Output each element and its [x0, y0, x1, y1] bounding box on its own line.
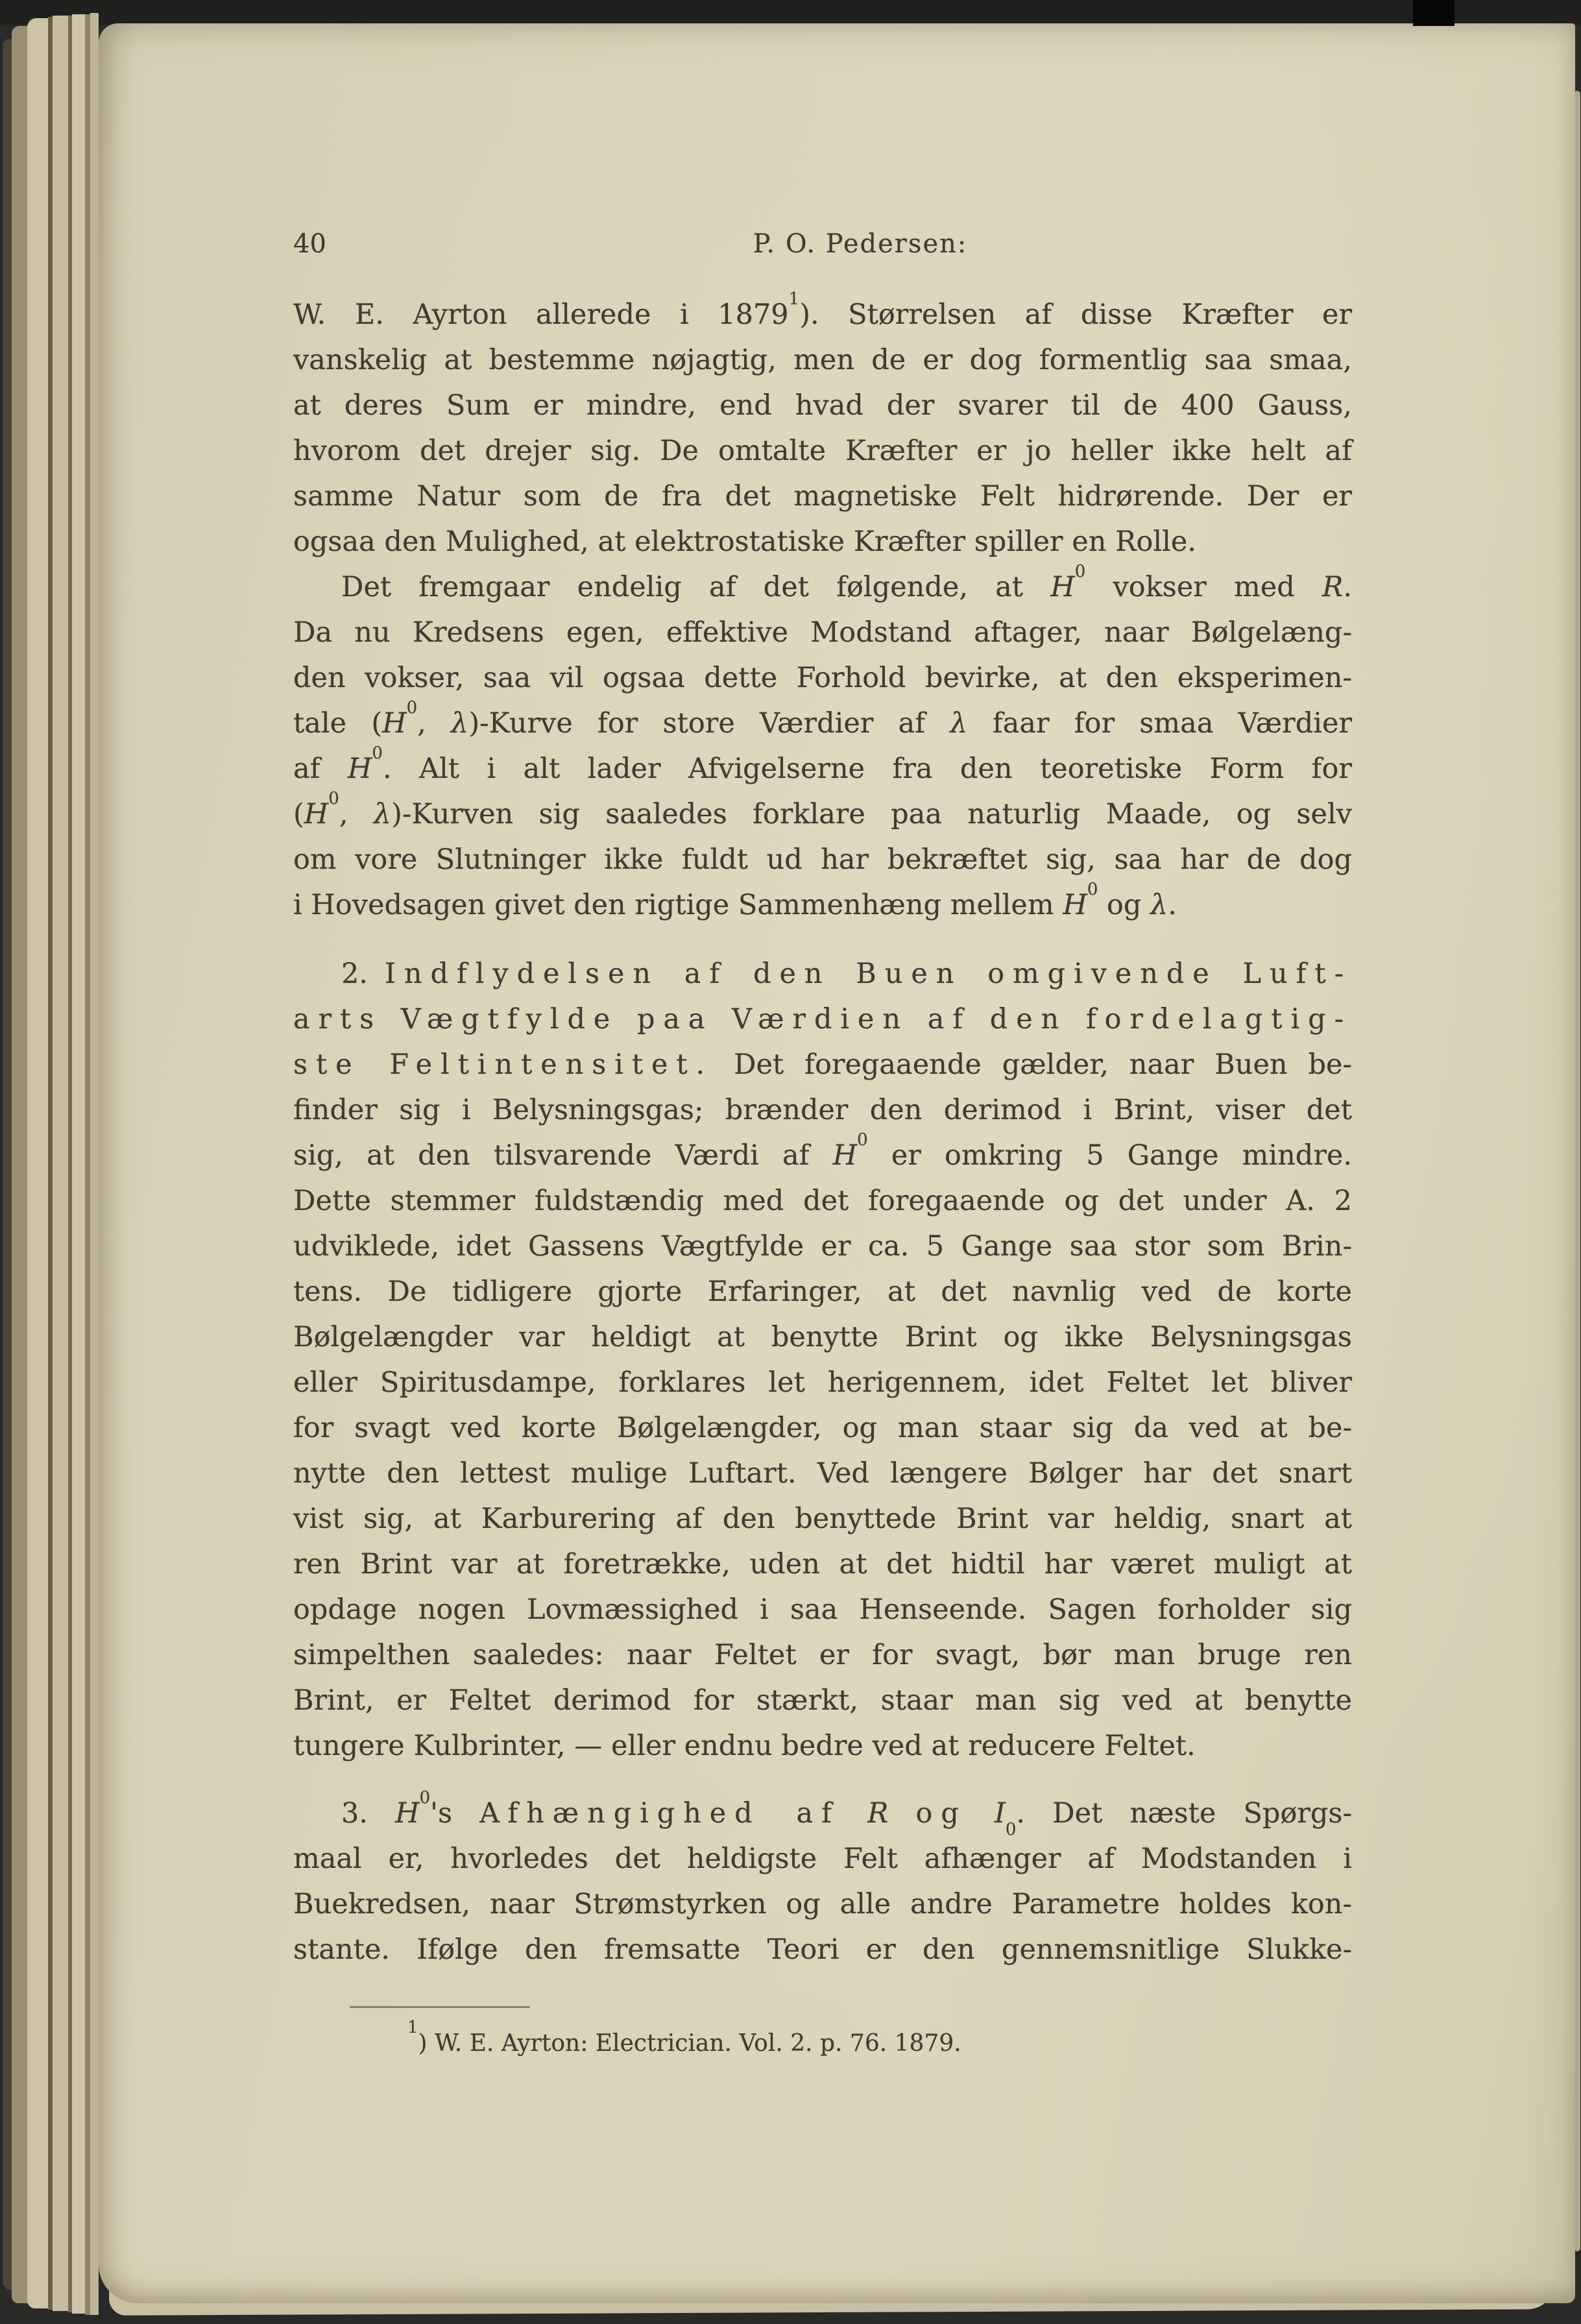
text-line: Buekredsen, naar Strømstyrken og alle an… — [293, 1882, 1352, 1927]
page-edge-strip — [48, 17, 53, 2310]
text-line: tungere Kulbrinter, — eller endnu bedre … — [293, 1723, 1352, 1769]
text-line: W. E. Ayrton allerede i 18791). Størrels… — [293, 292, 1352, 337]
text-line: den vokser, saa vil ogsaa dette Forhold … — [293, 655, 1352, 701]
page-edge-strip — [27, 18, 48, 2308]
text-line: i Hovedsagen givet den rigtige Sammenhæn… — [293, 882, 1352, 928]
footnote-rule — [350, 2006, 530, 2008]
text-line: Det fremgaar endelig af det følgende, at… — [293, 564, 1352, 610]
para-2: Det fremgaar endelig af det følgende, at… — [293, 564, 1352, 928]
text-line: Brint, er Feltet derimod for stærkt, sta… — [293, 1678, 1352, 1723]
running-title: P. O. Pedersen: — [331, 230, 1390, 258]
text-line: arts Vægtfylde paa Værdien af den fordel… — [293, 997, 1352, 1042]
scanner-background — [0, 0, 1581, 25]
text-line: tale (H0, λ)-Kurve for store Værdier af … — [293, 701, 1352, 746]
text-line: stante. Ifølge den fremsatte Teori er de… — [293, 1927, 1352, 1972]
text-line: for svagt ved korte Bølgelængder, og man… — [293, 1405, 1352, 1451]
page-number: 40 — [293, 230, 326, 258]
text-line: tens. De tidligere gjorte Erfaringer, at… — [293, 1269, 1352, 1314]
text-line: om vore Slutninger ikke fuldt ud har bek… — [293, 837, 1352, 882]
text-line: finder sig i Belysningsgas; brænder den … — [293, 1087, 1352, 1133]
text-line: vist sig, at Karburering af den benytted… — [293, 1496, 1352, 1542]
text-line: af H0. Alt i alt lader Afvigelserne fra … — [293, 746, 1352, 792]
text-line: hvorom det drejer sig. De omtalte Kræfte… — [293, 428, 1352, 474]
para-1: W. E. Ayrton allerede i 18791). Størrels… — [293, 292, 1352, 564]
scanned-book-page: 40 P. O. Pedersen: W. E. Ayrton allerede… — [0, 0, 1581, 2324]
text-line: (H0, λ)-Kurven sig saaledes forklare paa… — [293, 792, 1352, 837]
page-edge-strip — [85, 14, 90, 2315]
text-line: at deres Sum er mindre, end hvad der sva… — [293, 383, 1352, 428]
black-corner-mark — [1413, 0, 1454, 26]
body-text: W. E. Ayrton allerede i 18791). Størrels… — [293, 292, 1352, 1972]
text-line: maal er, hvorledes det heldigste Felt af… — [293, 1836, 1352, 1882]
text-line: nytte den lettest mulige Luftart. Ved læ… — [293, 1451, 1352, 1496]
text-line: samme Natur som de fra det magnetiske Fe… — [293, 474, 1352, 519]
text-line: udviklede, idet Gassens Vægtfylde er ca.… — [293, 1224, 1352, 1269]
para-3: 2. Indflydelsen af den Buen omgivende Lu… — [293, 951, 1352, 1769]
page-edge-strip — [53, 16, 68, 2311]
para-4: 3. H0's Afhængighed af R og I0. Det næst… — [293, 1791, 1352, 1972]
page-edge-strip — [12, 26, 29, 2303]
footnote-text: 1) W. E. Ayrton: Electrician. Vol. 2. p.… — [407, 2029, 961, 2058]
page-edge-strip — [90, 13, 99, 2315]
text-line: 2. Indflydelsen af den Buen omgivende Lu… — [293, 951, 1352, 997]
text-line: Dette stemmer fuldstændig med det forega… — [293, 1178, 1352, 1224]
text-line: ste Feltintensitet. Det foregaaende gæld… — [293, 1042, 1352, 1087]
book-page: 40 P. O. Pedersen: W. E. Ayrton allerede… — [99, 23, 1575, 2303]
text-line: eller Spiritusdampe, forklares let herig… — [293, 1360, 1352, 1405]
text-line: vanskelig at bestemme nøjagtig, men de e… — [293, 337, 1352, 383]
text-line: ogsaa den Mulighed, at elektrostatiske K… — [293, 519, 1352, 564]
page-edge-strip — [72, 14, 85, 2314]
text-line: Da nu Kredsens egen, effektive Modstand … — [293, 610, 1352, 655]
text-line: Bølgelængder var heldigt at benytte Brin… — [293, 1314, 1352, 1360]
text-line: 3. H0's Afhængighed af R og I0. Det næst… — [293, 1791, 1352, 1836]
text-line: opdage nogen Lovmæssighed i saa Henseend… — [293, 1587, 1352, 1632]
text-line: sig, at den tilsvarende Værdi af H0 er o… — [293, 1133, 1352, 1178]
text-line: ren Brint var at foretrække, uden at det… — [293, 1542, 1352, 1587]
text-line: simpelthen saaledes: naar Feltet er for … — [293, 1632, 1352, 1678]
